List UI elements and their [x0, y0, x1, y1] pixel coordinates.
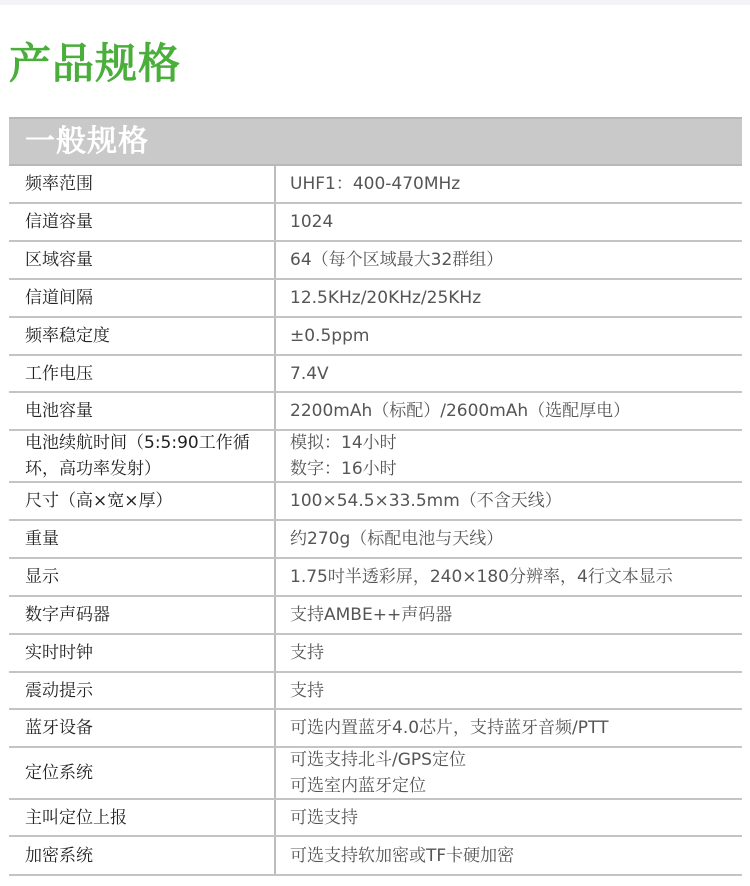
spec-label: 信道容量 [9, 204, 276, 240]
spec-value: 模拟：14小时数字：16小时 [276, 431, 742, 481]
spec-label: 工作电压 [9, 356, 276, 391]
spec-value-line: 12.5KHz/20KHz/25KHz [290, 285, 742, 311]
spec-value: 7.4V [276, 356, 742, 391]
table-row: 主叫定位上报可选支持 [9, 800, 742, 837]
spec-label: 加密系统 [9, 837, 276, 874]
spec-value: 支持 [276, 635, 742, 671]
spec-label: 蓝牙设备 [9, 710, 276, 746]
spec-value: 1.75吋半透彩屏，240×180分辨率，4行文本显示 [276, 559, 742, 595]
spec-value: 支持 [276, 673, 742, 708]
table-row: 震动提示支持 [9, 673, 742, 710]
spec-label: 信道间隔 [9, 280, 276, 316]
table-row: 定位系统可选支持北斗/GPS定位可选室内蓝牙定位 [9, 748, 742, 800]
spec-value: 1024 [276, 204, 742, 240]
spec-value-line: 支持 [290, 640, 742, 666]
spec-label: 频率稳定度 [9, 318, 276, 354]
spec-label: 重量 [9, 521, 276, 557]
spec-table: 一般规格 频率范围UHF1：400-470MHz信道容量1024区域容量64（每… [9, 117, 742, 876]
table-row: 信道容量1024 [9, 204, 742, 242]
spec-label: 实时时钟 [9, 635, 276, 671]
spec-value: 64（每个区域最大32群组） [276, 242, 742, 278]
spec-value: 可选内置蓝牙4.0芯片，支持蓝牙音频/PTT [276, 710, 742, 746]
spec-value: 约270g（标配电池与天线） [276, 521, 742, 557]
page-title: 产品规格 [9, 36, 181, 92]
spec-rows: 频率范围UHF1：400-470MHz信道容量1024区域容量64（每个区域最大… [9, 166, 742, 876]
spec-value-line: 2200mAh（标配）/2600mAh（选配厚电） [290, 398, 742, 424]
table-row: 实时时钟支持 [9, 635, 742, 673]
spec-value: ±0.5ppm [276, 318, 742, 354]
spec-value-line: 支持AMBE++声码器 [290, 602, 742, 628]
spec-value: 12.5KHz/20KHz/25KHz [276, 280, 742, 316]
spec-value-line: ±0.5ppm [290, 323, 742, 349]
table-row: 电池容量2200mAh（标配）/2600mAh（选配厚电） [9, 393, 742, 431]
table-row: 尺寸（高×宽×厚）100×54.5×33.5mm（不含天线） [9, 483, 742, 521]
spec-value-line: 可选支持北斗/GPS定位 [290, 747, 742, 773]
spec-label: 频率范围 [9, 166, 276, 202]
table-row: 频率范围UHF1：400-470MHz [9, 166, 742, 204]
table-row: 信道间隔12.5KHz/20KHz/25KHz [9, 280, 742, 318]
spec-value: 可选支持软加密或TF卡硬加密 [276, 837, 742, 874]
spec-value: 100×54.5×33.5mm（不含天线） [276, 483, 742, 519]
spec-value-line: 可选内置蓝牙4.0芯片，支持蓝牙音频/PTT [290, 715, 742, 741]
table-row: 区域容量64（每个区域最大32群组） [9, 242, 742, 280]
spec-value: UHF1：400-470MHz [276, 166, 742, 202]
table-row: 显示1.75吋半透彩屏，240×180分辨率，4行文本显示 [9, 559, 742, 597]
spec-label: 定位系统 [9, 748, 276, 798]
table-row: 数字声码器支持AMBE++声码器 [9, 597, 742, 635]
spec-value: 2200mAh（标配）/2600mAh（选配厚电） [276, 393, 742, 429]
spec-value: 支持AMBE++声码器 [276, 597, 742, 633]
spec-value-line: 模拟：14小时 [290, 430, 742, 456]
spec-value-line: 可选室内蓝牙定位 [290, 773, 742, 799]
table-row: 重量约270g（标配电池与天线） [9, 521, 742, 559]
spec-value-line: 64（每个区域最大32群组） [290, 247, 742, 273]
spec-value-line: 约270g（标配电池与天线） [290, 526, 742, 552]
table-row: 频率稳定度±0.5ppm [9, 318, 742, 356]
spec-value-line: 100×54.5×33.5mm（不含天线） [290, 488, 742, 514]
spec-label: 震动提示 [9, 673, 276, 708]
table-row: 加密系统可选支持软加密或TF卡硬加密 [9, 837, 742, 876]
spec-value: 可选支持 [276, 800, 742, 835]
spec-label: 数字声码器 [9, 597, 276, 633]
spec-value-line: 可选支持软加密或TF卡硬加密 [290, 843, 742, 869]
spec-label: 区域容量 [9, 242, 276, 278]
spec-value-line: 7.4V [290, 361, 742, 387]
spec-value-line: 可选支持 [290, 805, 742, 831]
table-row: 电池续航时间（5:5:90工作循环，高功率发射）模拟：14小时数字：16小时 [9, 431, 742, 483]
spec-value-line: 数字：16小时 [290, 456, 742, 482]
section-header: 一般规格 [9, 117, 742, 166]
spec-value-line: UHF1：400-470MHz [290, 171, 742, 197]
spec-value: 可选支持北斗/GPS定位可选室内蓝牙定位 [276, 748, 742, 798]
spec-label: 主叫定位上报 [9, 800, 276, 835]
top-strip [0, 0, 750, 5]
table-row: 蓝牙设备可选内置蓝牙4.0芯片，支持蓝牙音频/PTT [9, 710, 742, 748]
spec-value-line: 支持 [290, 678, 742, 704]
spec-label: 显示 [9, 559, 276, 595]
spec-value-line: 1024 [290, 209, 742, 235]
spec-value-line: 1.75吋半透彩屏，240×180分辨率，4行文本显示 [290, 564, 742, 590]
table-row: 工作电压7.4V [9, 356, 742, 393]
spec-label: 电池容量 [9, 393, 276, 429]
spec-label: 电池续航时间（5:5:90工作循环，高功率发射） [9, 431, 276, 481]
spec-label: 尺寸（高×宽×厚） [9, 483, 276, 519]
